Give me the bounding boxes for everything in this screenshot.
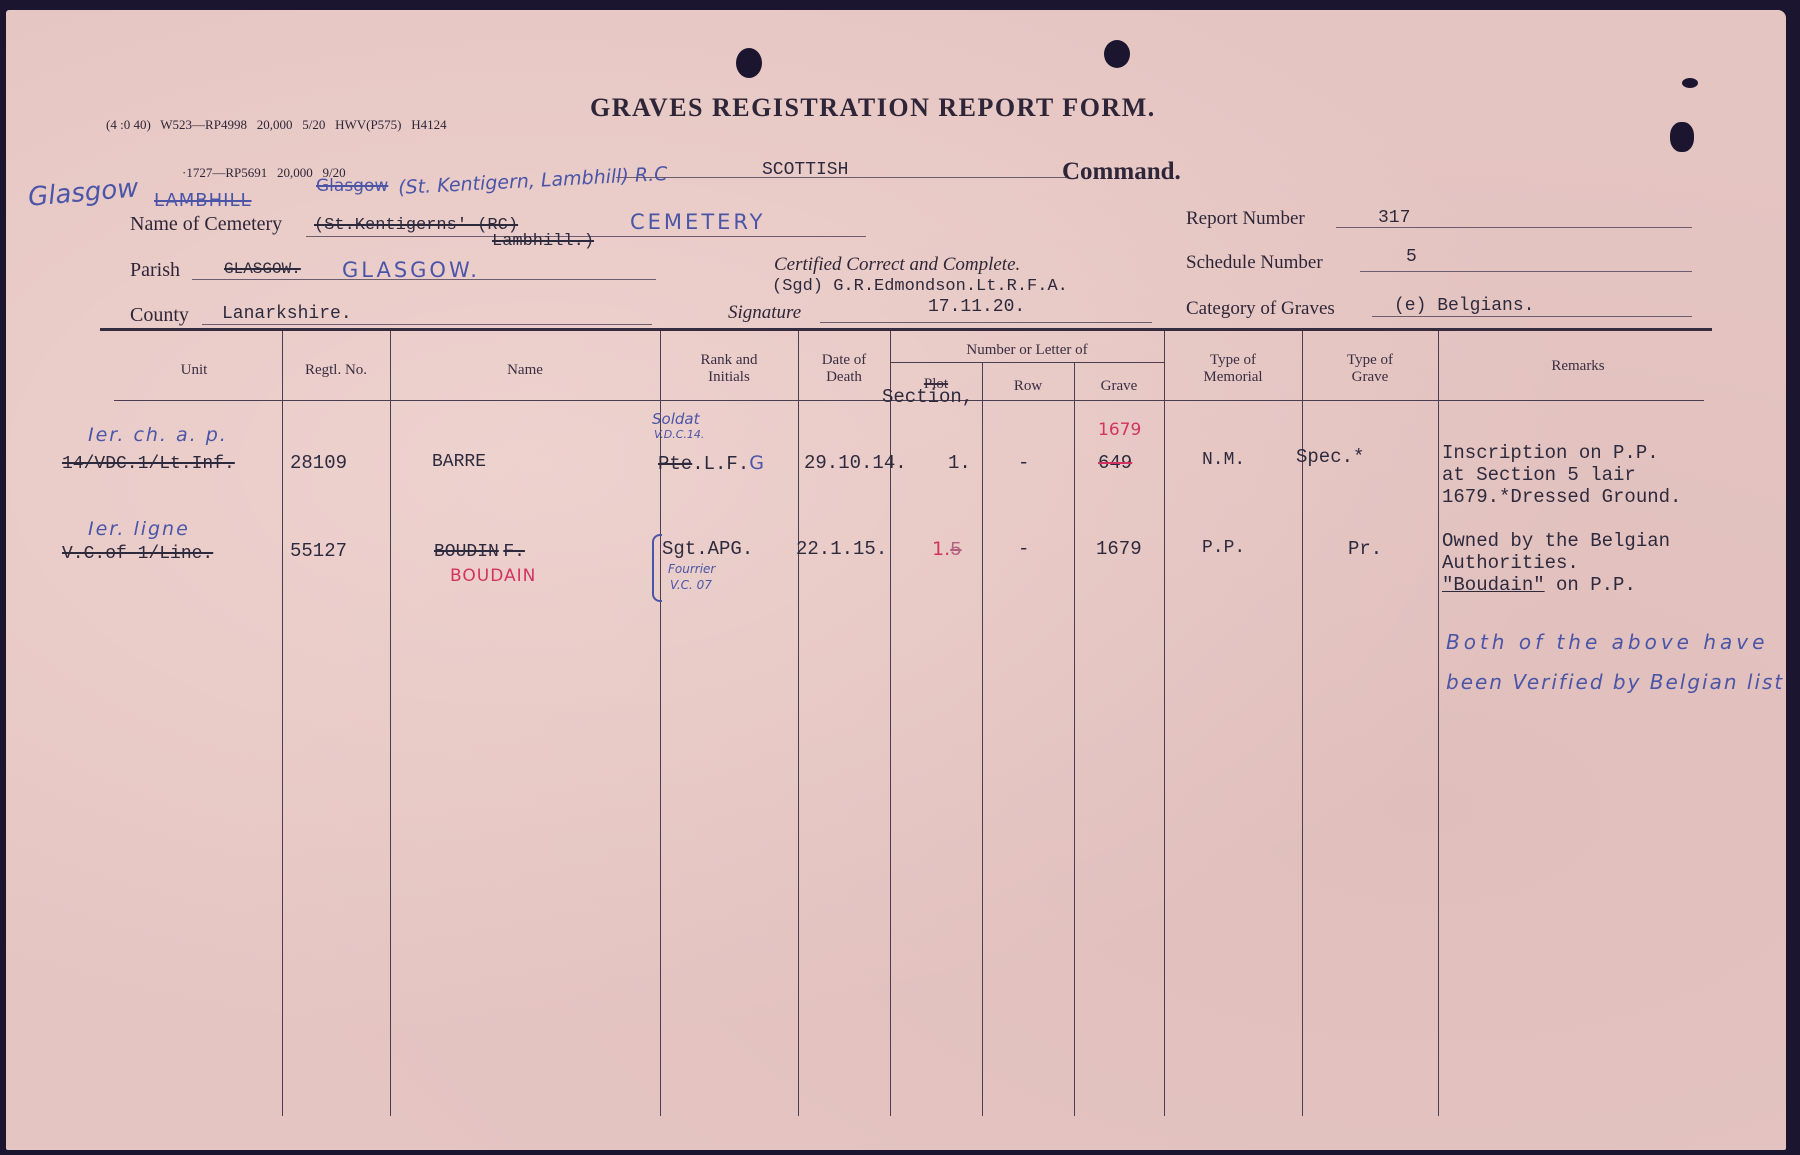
schedule-number-label: Schedule Number <box>1186 252 1323 274</box>
header-section: Section, <box>882 386 973 408</box>
row1-rank-hand-1: Soldat <box>652 410 699 428</box>
cemetery-hand-line2-struck: Glasgow <box>316 176 388 196</box>
certified-label: Certified Correct and Complete. <box>774 254 1020 276</box>
row1-regtl-no: 28109 <box>290 452 347 474</box>
signed-by: (Sgd) G.R.Edmondson.Lt.R.F.A. <box>772 277 1068 296</box>
form-title: GRAVES REGISTRATION REPORT FORM. <box>590 93 1156 123</box>
col-divider-unit <box>282 331 283 1116</box>
header-row: Row <box>982 378 1074 395</box>
parish-hand: GLASGOW. <box>342 258 480 282</box>
row1-remarks: Inscription on P.P. at Section 5 lair 16… <box>1442 442 1681 508</box>
category-rule <box>1372 316 1692 317</box>
number-group-rule <box>890 362 1164 363</box>
paper-damage-mark <box>1670 122 1694 152</box>
cemetery-hand-suffix: CEMETERY <box>630 210 766 234</box>
row2-name-red: BOUDAIN <box>450 566 536 586</box>
row1-grave-red: 1679 <box>1098 420 1141 440</box>
row2-grave-type: Pr. <box>1348 538 1382 560</box>
col-divider-section <box>982 362 983 1116</box>
row2-remarks: Owned by the Belgian Authorities. "Bouda… <box>1442 530 1670 596</box>
col-divider-rank <box>798 331 799 1116</box>
header-number-group: Number or Letter of <box>890 342 1164 359</box>
header-date: Date of Death <box>798 352 890 386</box>
county-rule <box>202 324 652 325</box>
col-divider-grave <box>1164 331 1165 1116</box>
report-number-label: Report Number <box>1186 208 1305 230</box>
cemetery-label: Name of Cemetery <box>130 213 282 236</box>
command-label: Command. <box>1062 158 1181 186</box>
signature-date: 17.11.20. <box>928 297 1025 317</box>
schedule-number-value: 5 <box>1406 247 1417 267</box>
row2-memorial: P.P. <box>1202 538 1245 558</box>
county-value: Lanarkshire. <box>222 304 352 324</box>
row2-date: 22.1.15. <box>796 538 887 560</box>
row2-row: - <box>1018 538 1029 560</box>
row2-brace <box>652 534 662 602</box>
report-form-sheet: (4 :0 40) W523—RP4998 20,000 5/20 HWV(P5… <box>6 10 1786 1150</box>
row1-grave-struck: 649 <box>1098 452 1132 474</box>
row2-rank: Sgt.APG. <box>662 538 753 560</box>
col-divider-regtl <box>390 331 391 1116</box>
report-number-value: 317 <box>1378 208 1410 228</box>
row2-rank-hand-1: Fourrier <box>668 562 715 576</box>
paper-damage-mark-small <box>1682 78 1698 88</box>
category-label: Category of Graves <box>1186 298 1335 320</box>
row1-memorial: N.M. <box>1202 450 1245 470</box>
row2-rank-hand-2: V.C. 07 <box>670 578 712 592</box>
command-value: SCOTTISH <box>762 160 848 180</box>
header-regtl-no: Regtl. No. <box>282 362 390 379</box>
parish-label: Parish <box>130 259 180 282</box>
row2-unit-typed-struck: V.C.of 1/Line. <box>62 544 213 564</box>
row1-unit-hand: Ier. ch. a. p. <box>88 424 228 446</box>
row2-name: BOUDIN F. <box>434 540 525 562</box>
punch-hole-right <box>1104 40 1130 68</box>
table-top-border <box>100 328 1712 331</box>
county-label: County <box>130 304 189 327</box>
category-value: (e) Belgians. <box>1394 296 1534 316</box>
row2-unit-hand: Ier. ligne <box>88 518 190 540</box>
punch-hole-left <box>736 48 762 78</box>
handwritten-verification-remark: Both of the above have been Verified by … <box>1446 622 1784 702</box>
row2-grave: 1679 <box>1096 538 1142 560</box>
schedule-number-rule <box>1360 271 1692 272</box>
row1-rank: Pte.L.F.G <box>658 452 764 475</box>
row2-section: 1.5 <box>932 538 962 561</box>
row1-grave-type: Spec.* <box>1296 446 1364 468</box>
header-unit: Unit <box>106 362 282 379</box>
row1-date: 29.10.14. <box>804 452 907 474</box>
row1-section: 1. <box>948 452 971 474</box>
header-memorial: Type of Memorial <box>1164 352 1302 386</box>
row1-row: - <box>1018 452 1029 474</box>
parish-typed-struck: GLASGOW. <box>224 260 301 278</box>
header-remarks: Remarks <box>1438 358 1718 375</box>
cemetery-typed-struck: (St.Kentigerns' (RC) <box>314 216 518 235</box>
cemetery-typed-struck-2: Lambhill.) <box>492 232 594 251</box>
cemetery-hand-struck: LAMBHILL <box>154 190 252 211</box>
header-grave: Grave <box>1074 378 1164 395</box>
signature-label: Signature <box>728 302 801 324</box>
row1-name: BARRE <box>432 452 486 472</box>
signature-rule <box>820 322 1152 323</box>
header-rank: Rank and Initials <box>660 352 798 386</box>
row1-unit-typed-struck: 14/VDC.1/Lt.Inf. <box>62 454 235 474</box>
header-grave-type: Type of Grave <box>1302 352 1438 386</box>
row1-rank-hand-2: V.D.C.14. <box>654 428 704 441</box>
header-name: Name <box>390 362 660 379</box>
col-divider-date <box>890 331 891 1116</box>
col-divider-row <box>1074 362 1075 1116</box>
col-divider-name <box>660 331 661 1116</box>
row2-regtl-no: 55127 <box>290 540 347 562</box>
col-divider-gravetype <box>1438 331 1439 1116</box>
